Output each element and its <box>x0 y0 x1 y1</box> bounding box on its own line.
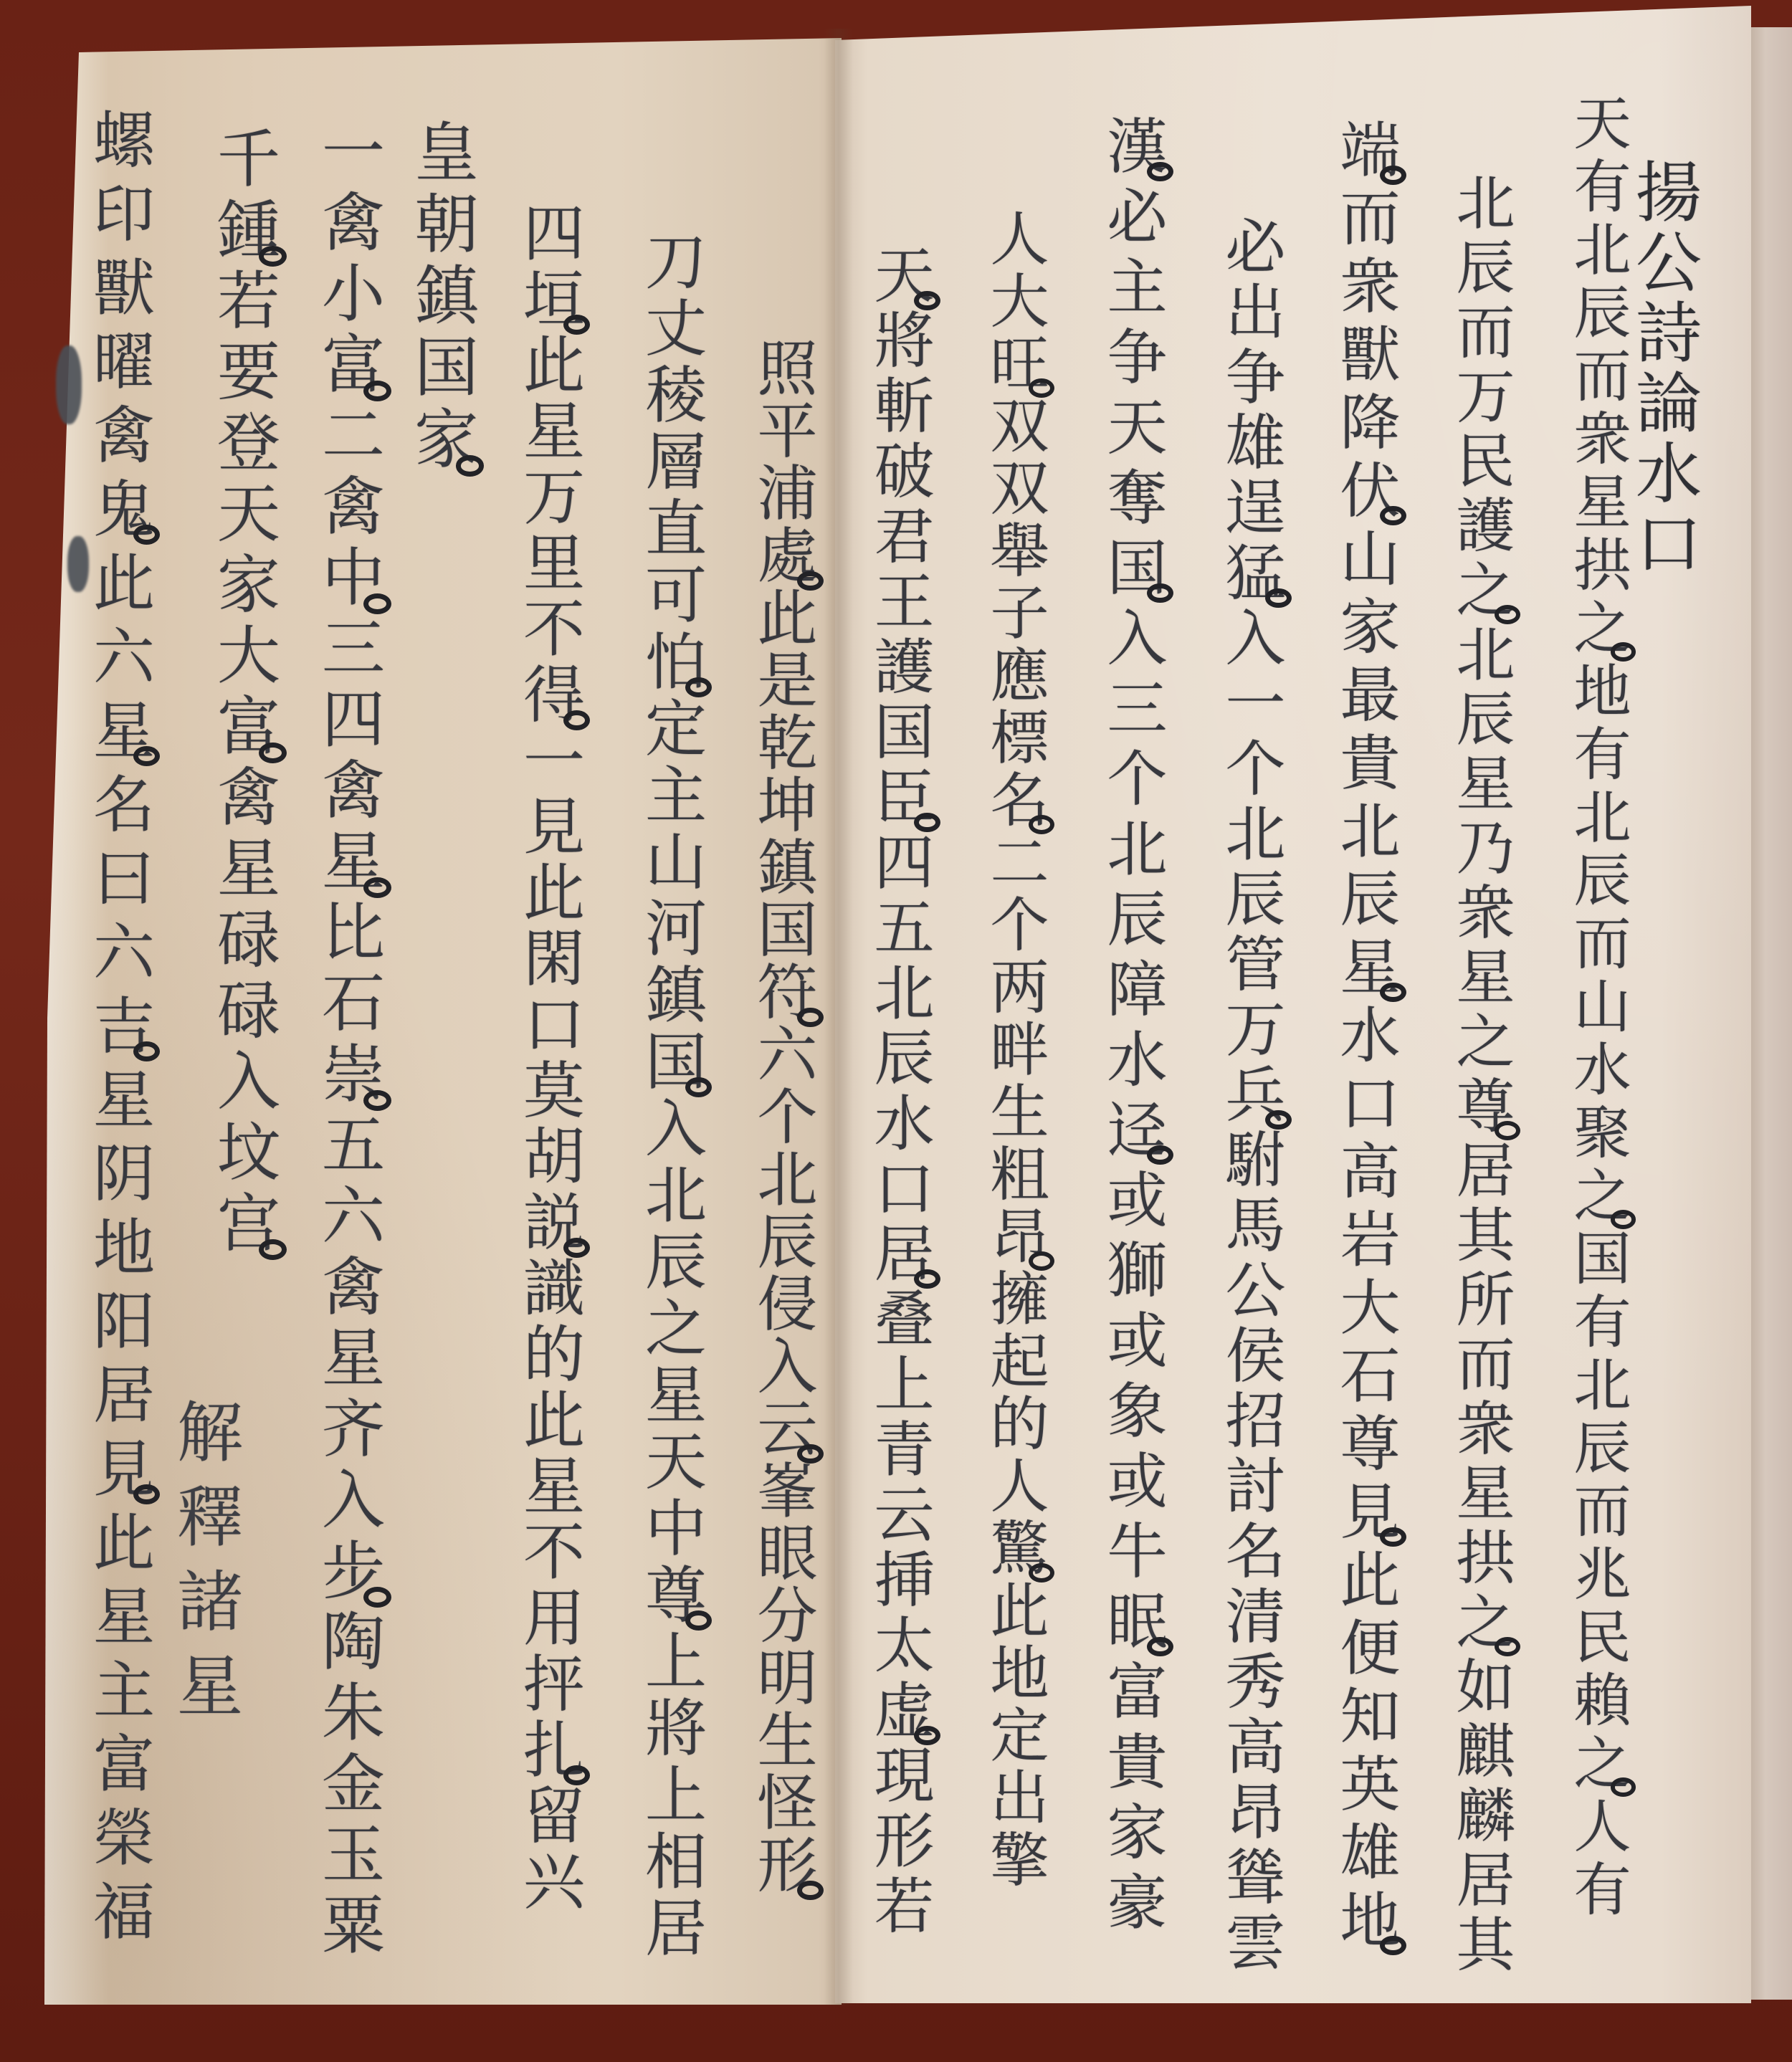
text-column: 螺印獸曜禽鬼此六星名曰六吉星阴地阳居見此星主富榮福 <box>87 108 149 1953</box>
section-heading: 解釋諸星 <box>171 1398 237 1736</box>
text-column: 必出争雄逞猛入一个北辰管万兵駙馬公侯招討名清秀高昂聳雲 <box>1221 215 1281 1976</box>
text-column: 四垣此星万里不得一見此閑口莫胡説識的此星不用抨扎留兴 <box>518 201 579 1915</box>
text-column: 照平浦處此是乾坤鎮国符六个北辰侵入云峯眼分明生怪形 <box>753 337 813 1896</box>
text-column: 皇朝鎮国家 <box>408 118 472 477</box>
page-stack-edge <box>1748 27 1792 2000</box>
text-column: 一禽小富二禽中三四禽星比石崇五六禽星齐入步陶朱金玉粟 <box>317 118 380 1963</box>
text-column: 漢必主争天奪国入三个北辰障水迳或獅或象或牛眠富貴家豪 <box>1102 115 1163 1941</box>
ink-blot <box>56 345 82 424</box>
page-fold <box>824 29 853 2005</box>
text-column: 人大旺双双舉子應標名二个两畔生粗昂擁起的人驚此地定出擎 <box>985 208 1044 1891</box>
text-column: 天將斬破君王護国臣四五北辰水口居叠上青云挿太虚現形若 <box>869 244 930 1939</box>
text-column: 端而衆獸降伏山家最貴北辰星水口高岩大石尊見此便知英雄地 <box>1335 118 1396 1957</box>
text-column: 刀丈稜層直可怕定主山河鎮国入北辰之星天中尊上將上相居 <box>639 229 701 1962</box>
text-column: 北辰而万民護之北辰星乃衆星之尊居其所而衆星拱之如麒麟居其 <box>1451 172 1510 1978</box>
text-column: 天有北辰而衆星拱之地有北辰而山水聚之国有北辰而兆民賴之人有 <box>1568 93 1626 1922</box>
text-column: 千鍾若要登天家大富禽星碌碌入坟宫 <box>212 125 275 1261</box>
manuscript-title: 揚公詩論水口 <box>1630 158 1696 579</box>
